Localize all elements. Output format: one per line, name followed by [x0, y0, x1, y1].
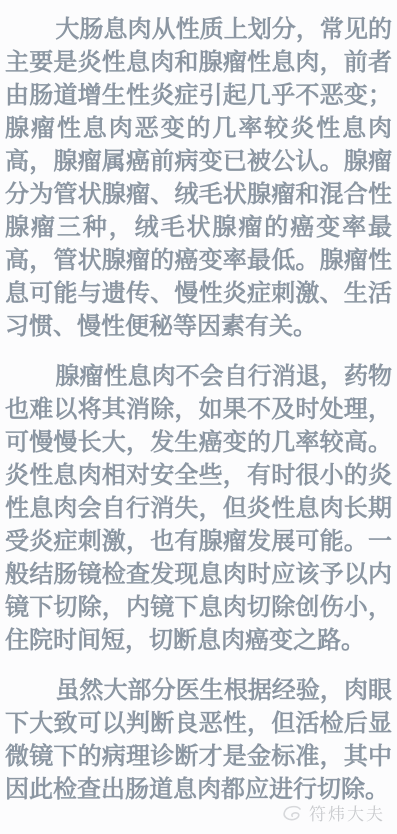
article-body: 大肠息肉从性质上划分，常见的主要是炎性息肉和腺瘤性息肉，前者由肠道增生性炎症引起… — [0, 0, 397, 806]
article-paragraph-3: 虽然大部分医生根据经验，肉眼下大致可以判断良恶性，但活检后显微镜下的病理诊断才是… — [5, 674, 392, 806]
author-watermark-label: 符炜大夫 — [309, 800, 385, 825]
author-watermark: 符炜大夫 — [280, 800, 385, 825]
brush-circle-logo-icon — [280, 804, 304, 822]
article-paragraph-1: 大肠息肉从性质上划分，常见的主要是炎性息肉和腺瘤性息肉，前者由肠道增生性炎症引起… — [5, 13, 392, 343]
article-paragraph-2: 腺瘤性息肉不会自行消退，药物也难以将其消除，如果不及时处理，可慢慢长大，发生癌变… — [5, 360, 392, 657]
